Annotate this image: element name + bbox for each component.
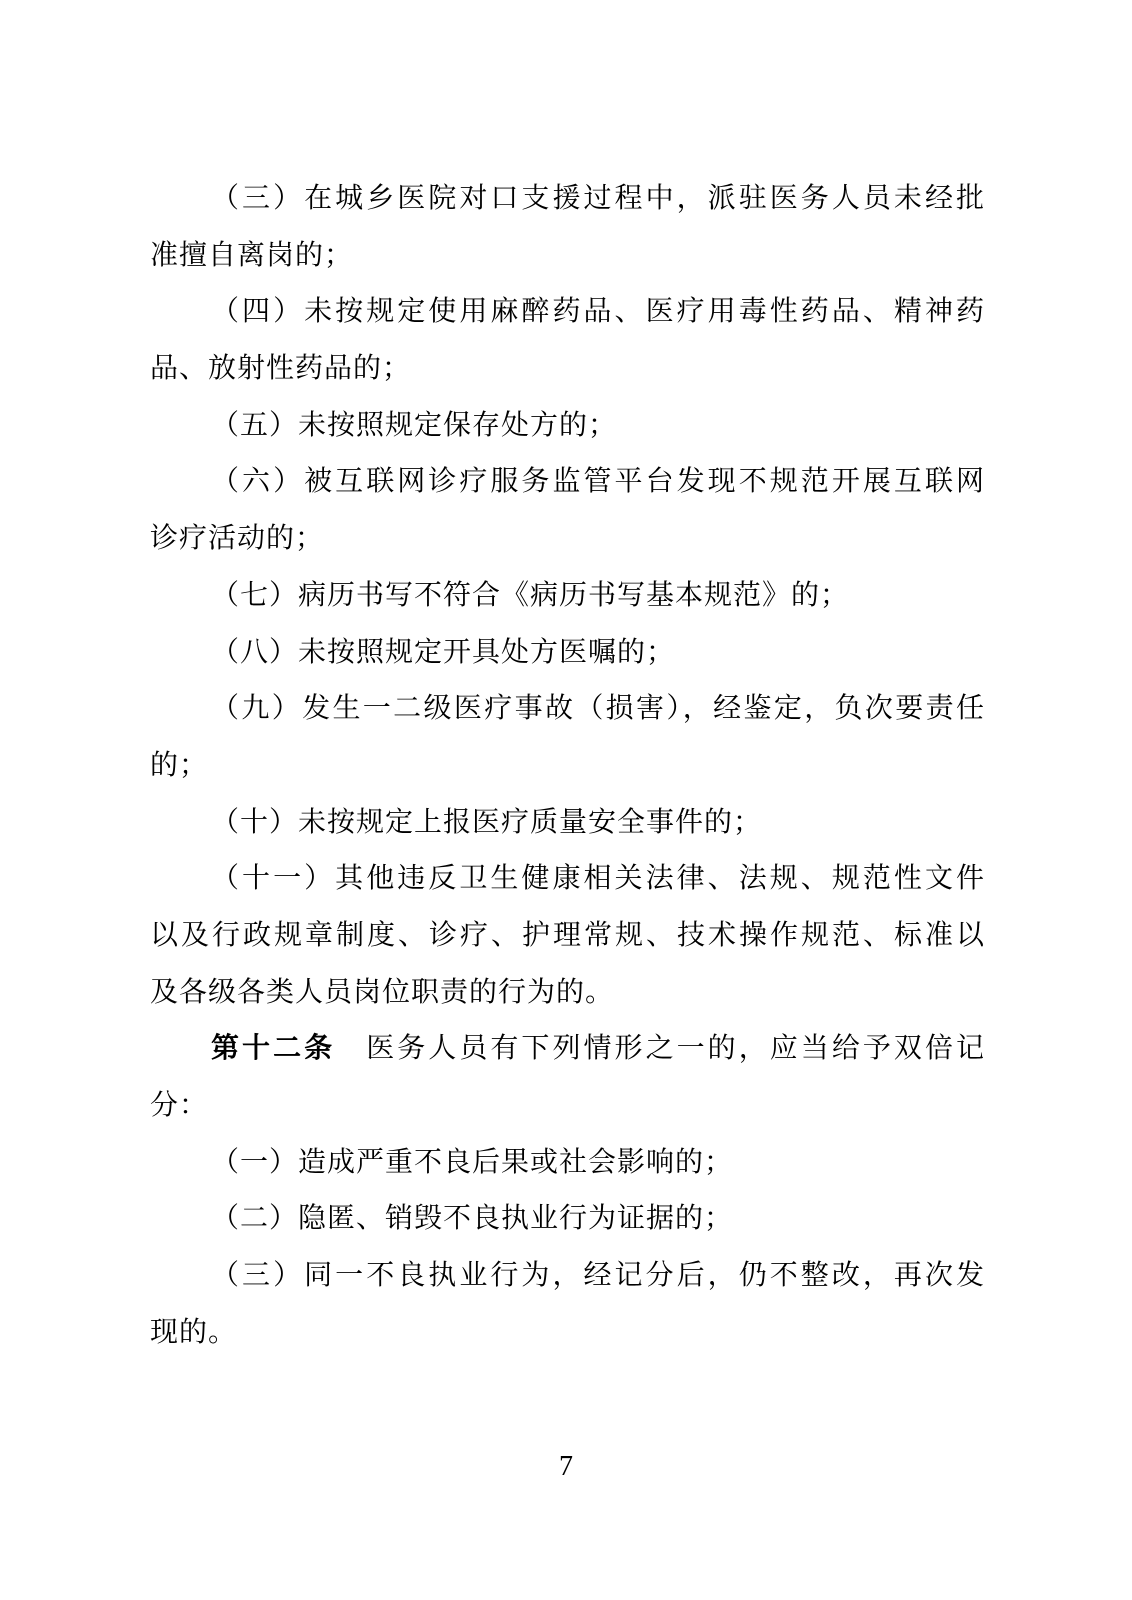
text-line: 的； xyxy=(150,738,985,795)
document-page: （三）在城乡医院对口支援过程中，派驻医务人员未经批 准擅自离岗的； （四）未按规… xyxy=(0,0,1132,1600)
text-line: （十一）其他违反卫生健康相关法律、法规、规范性文件 xyxy=(150,851,985,908)
text-line: （三）在城乡医院对口支援过程中，派驻医务人员未经批 xyxy=(150,171,985,228)
text-line: （八）未按照规定开具处方医嘱的； xyxy=(150,625,985,682)
text-line: （三）同一不良执业行为，经记分后，仍不整改，再次发 xyxy=(150,1248,985,1305)
text-line: 准擅自离岗的； xyxy=(150,228,985,285)
text-line: （四）未按规定使用麻醉药品、医疗用毒性药品、精神药 xyxy=(150,284,985,341)
text-line: 及各级各类人员岗位职责的行为的。 xyxy=(150,965,985,1022)
document-body: （三）在城乡医院对口支援过程中，派驻医务人员未经批 准擅自离岗的； （四）未按规… xyxy=(150,171,985,1361)
text-line: （六）被互联网诊疗服务监管平台发现不规范开展互联网 xyxy=(150,454,985,511)
article-12-text: 医务人员有下列情形之一的，应当给予双倍记 xyxy=(335,1033,985,1064)
text-line: 以及行政规章制度、诊疗、护理常规、技术操作规范、标准以 xyxy=(150,908,985,965)
article-12-heading: 第十二条 xyxy=(211,1033,335,1064)
text-line: （七）病历书写不符合《病历书写基本规范》的； xyxy=(150,568,985,625)
text-line: 诊疗活动的； xyxy=(150,511,985,568)
text-line: （九）发生一二级医疗事故（损害），经鉴定，负次要责任 xyxy=(150,681,985,738)
text-line: 分： xyxy=(150,1078,985,1135)
text-line: 现的。 xyxy=(150,1305,985,1362)
text-line: （十）未按规定上报医疗质量安全事件的； xyxy=(150,795,985,852)
page-number: 7 xyxy=(0,1447,1132,1487)
text-line: （一）造成严重不良后果或社会影响的； xyxy=(150,1135,985,1192)
text-line: （二）隐匿、销毁不良执业行为证据的； xyxy=(150,1191,985,1248)
text-line: 品、放射性药品的； xyxy=(150,341,985,398)
text-line article-line: 第十二条 医务人员有下列情形之一的，应当给予双倍记 xyxy=(150,1021,985,1078)
text-line: （五）未按照规定保存处方的； xyxy=(150,398,985,455)
